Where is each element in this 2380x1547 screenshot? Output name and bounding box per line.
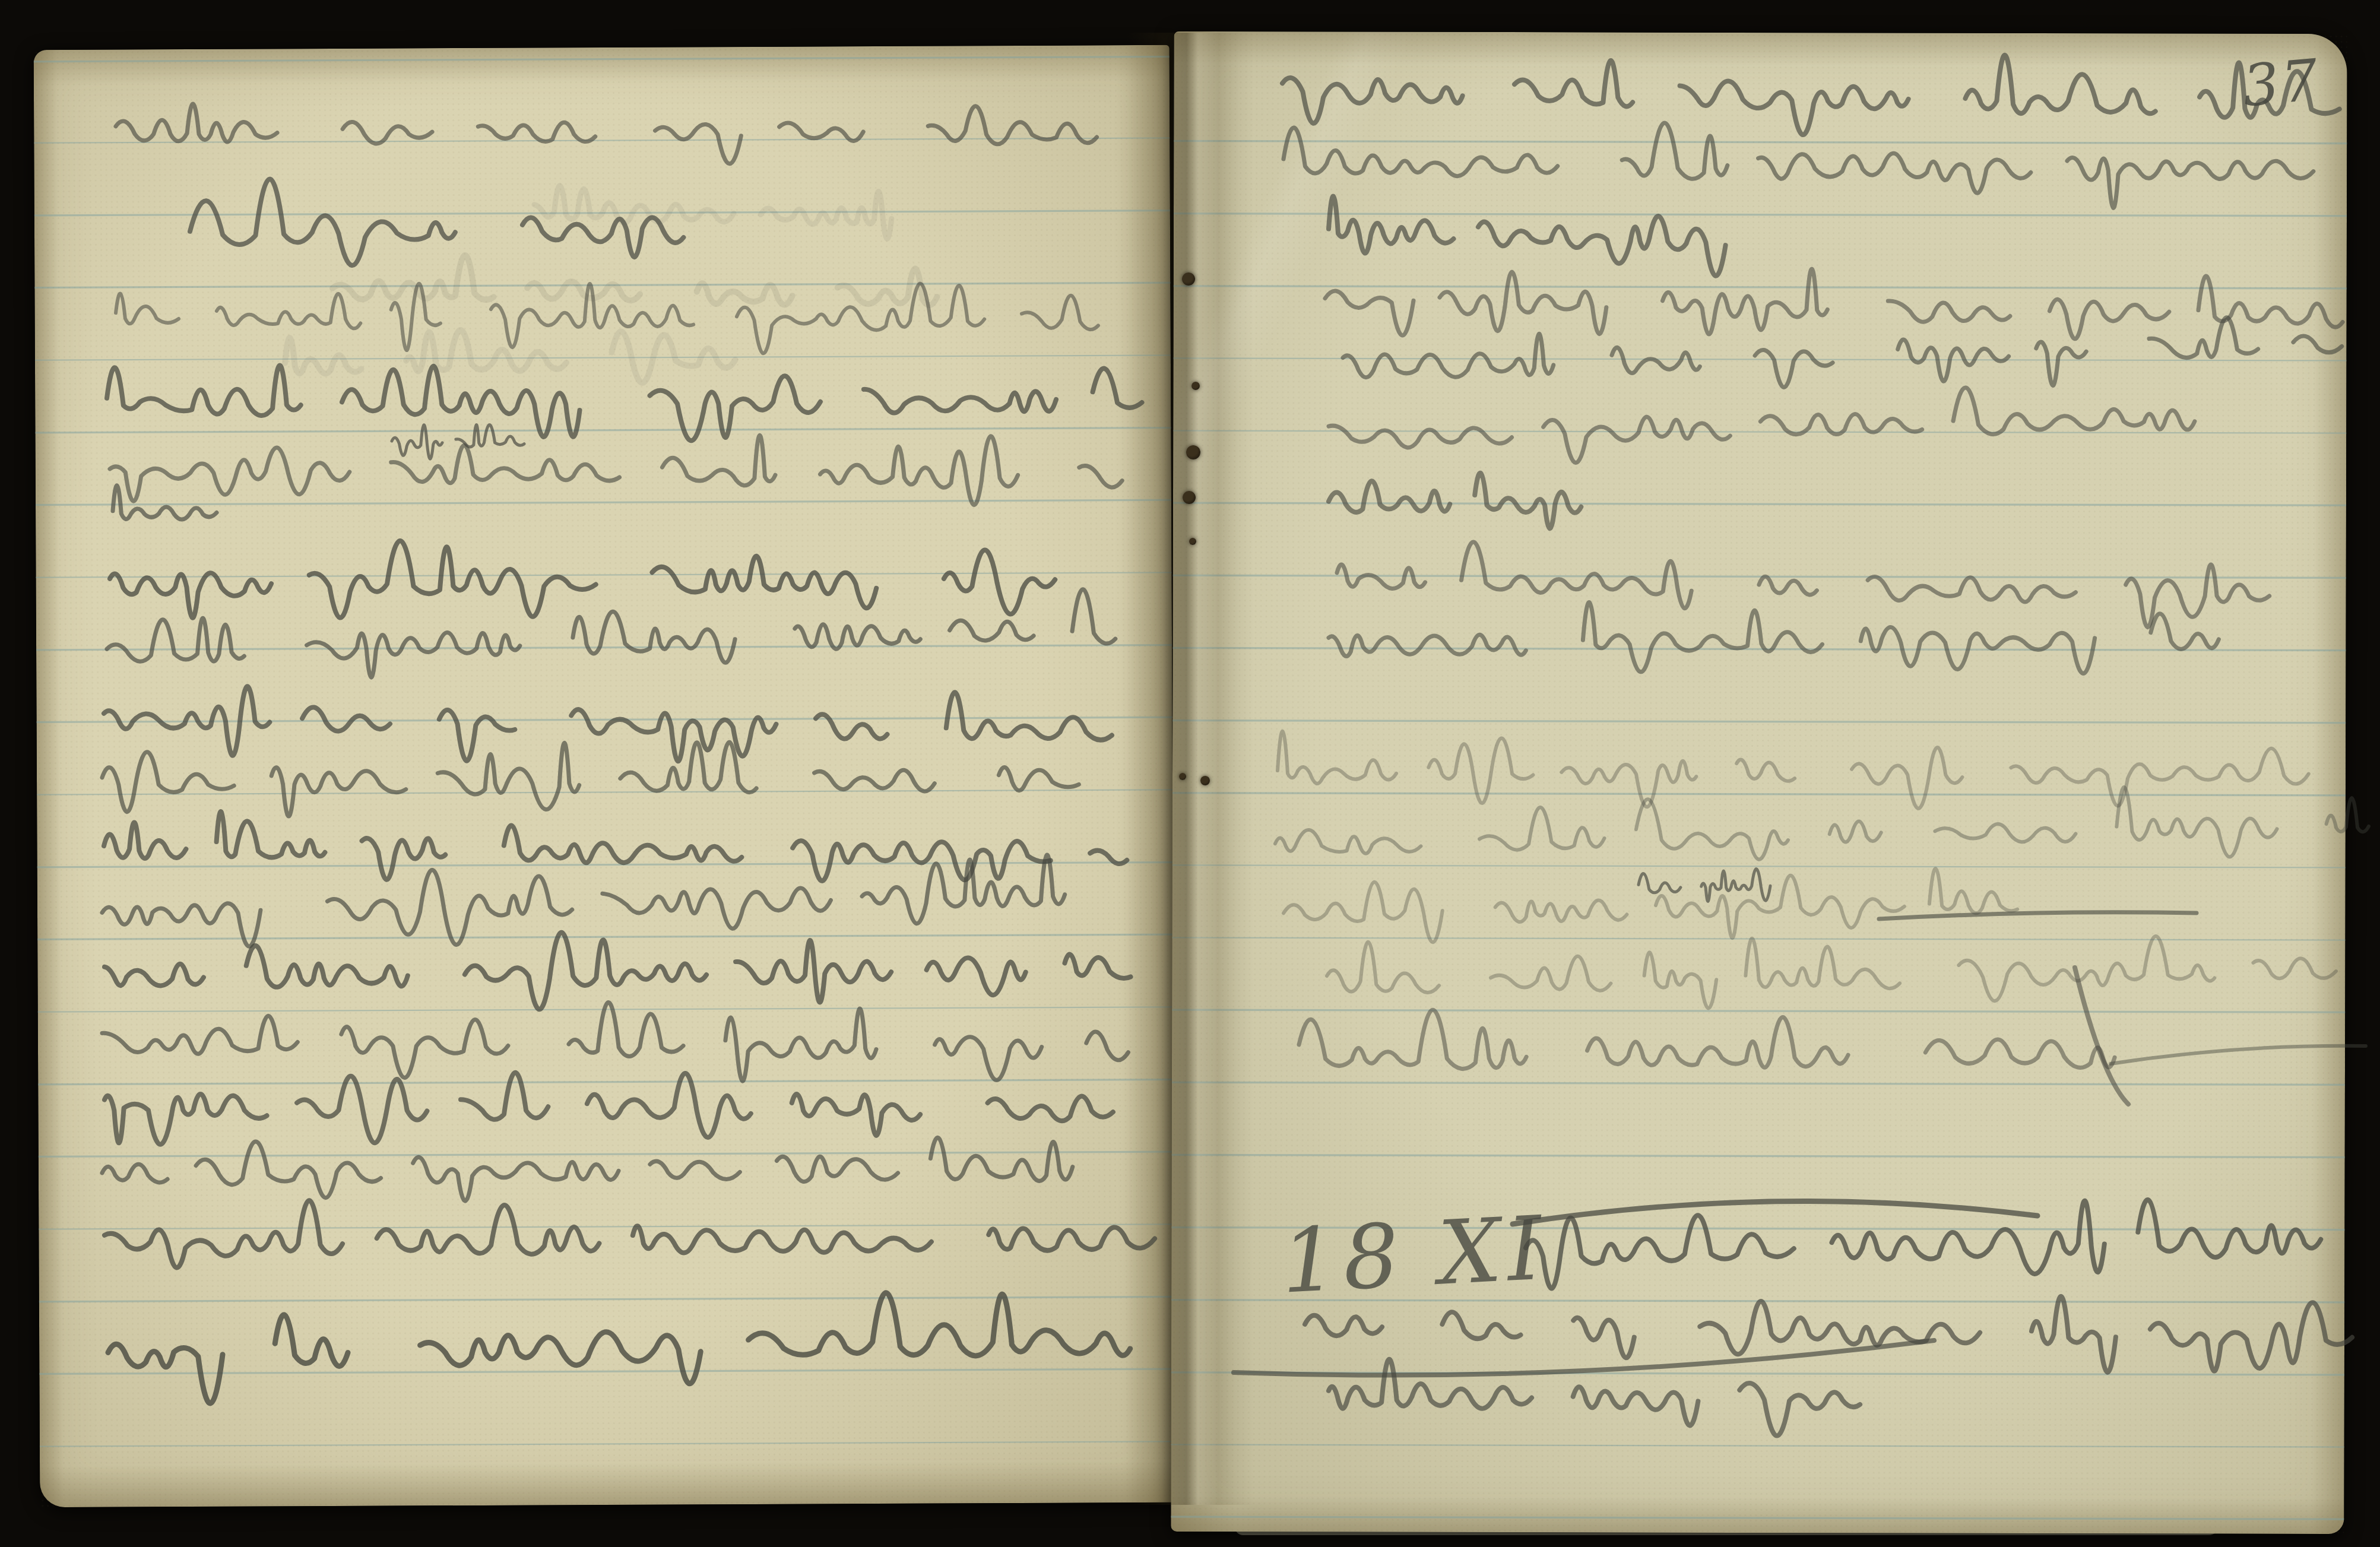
ruled-lines-left <box>34 45 1176 1507</box>
stitch-hole <box>1183 491 1196 504</box>
left-page <box>34 45 1176 1507</box>
right-page <box>1171 31 2347 1534</box>
scanned-notebook-spread: 37 18 XI <box>0 0 2380 1547</box>
stitch-hole <box>1191 382 1200 390</box>
paper-shade-left <box>34 45 1176 1507</box>
stitch-hole <box>1179 773 1186 780</box>
stitch-hole <box>1186 445 1200 459</box>
ruled-lines-right <box>1171 31 2347 1534</box>
stitch-hole <box>1200 776 1210 785</box>
stitch-hole <box>1182 272 1195 286</box>
stitch-hole <box>1189 538 1196 545</box>
paper-grain-left <box>34 45 1176 1507</box>
paper-shade-right <box>1171 31 2347 1534</box>
paper-grain-right <box>1171 31 2347 1534</box>
